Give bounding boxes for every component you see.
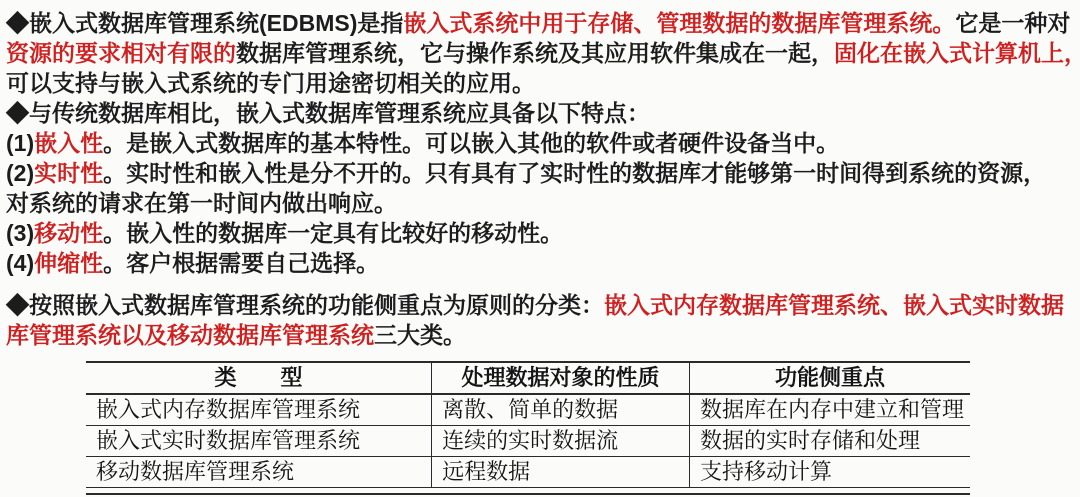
col-header-data-nature: 处理数据对象的性质 [432,362,690,394]
text-line: ◆与传统数据库相比，嵌入式数据库管理系统应具备以下特点： [6,98,1076,128]
text-segment: 可以支持与嵌入式系统的专门用途密切相关的应用。 [6,70,535,96]
text-segment: 对系统的请求在第一时间内做出响应。 [6,190,397,216]
text-segment: (4) [6,250,34,276]
highlighted-text: 实时性 [34,160,103,186]
table-body: 嵌入式内存数据库管理系统离散、简单的数据数据库在内存中建立和管理嵌入式实时数据库… [86,394,970,488]
text-line: 对系统的请求在第一时间内做出响应。 [6,188,1076,218]
document: ◆嵌入式数据库管理系统(EDBMS)是指嵌入式系统中用于存储、管理数据的数据库管… [0,0,1080,495]
text-line: ◆嵌入式数据库管理系统(EDBMS)是指嵌入式系统中用于存储、管理数据的数据库管… [6,8,1076,38]
table-cell: 数据的实时存储和处理 [689,426,970,457]
table-cell: 移动数据库管理系统 [86,457,432,488]
text-segment: (1) [6,130,34,156]
table-row: 移动数据库管理系统远程数据支持移动计算 [86,457,970,488]
col-header-function-focus: 功能侧重点 [689,362,970,394]
table-header-row: 类 型 处理数据对象的性质 功能侧重点 [86,362,970,394]
paragraph-classification: ◆按照嵌入式数据库管理系统的功能侧重点为原则的分类：嵌入式内存数据库管理系统、嵌… [6,290,1076,350]
table-cell: 数据库在内存中建立和管理 [689,394,970,426]
highlighted-text: 移动性 [34,220,103,246]
table-row: 嵌入式内存数据库管理系统离散、简单的数据数据库在内存中建立和管理 [86,394,970,426]
highlighted-text: 嵌入式内存数据库管理系统、嵌入式实时数据 [604,292,1064,318]
text-segment: 。是嵌入式数据库的基本特性。可以嵌入其他的软件或者硬件设备当中。 [103,130,839,156]
text-segment: ◆与传统数据库相比，嵌入式数据库管理系统应具备以下特点： [6,100,650,126]
text-line: 库管理系统以及移动数据库管理系统三大类。 [6,320,1076,350]
table-row: 嵌入式实时数据库管理系统连续的实时数据流数据的实时存储和处理 [86,426,970,457]
table-cell: 支持移动计算 [689,457,970,488]
text-segment: 三大类。 [374,322,466,348]
highlighted-text: 嵌入式系统中用于存储、管理数据的数据库管理系统。 [403,10,955,36]
col-header-type: 类 型 [86,362,432,394]
highlighted-text: 伸缩性 [34,250,103,276]
highlighted-text: 嵌入性 [34,130,103,156]
paragraph-definition: ◆嵌入式数据库管理系统(EDBMS)是指嵌入式系统中用于存储、管理数据的数据库管… [6,8,1076,98]
table-cell: 远程数据 [432,457,690,488]
text-segment: ◆按照嵌入式数据库管理系统的功能侧重点为原则的分类： [6,292,604,318]
text-segment: 。客户根据需要自己选择。 [103,250,379,276]
text-line: (1)嵌入性。是嵌入式数据库的基本特性。可以嵌入其他的软件或者硬件设备当中。 [6,128,1076,158]
highlighted-text: 固化在嵌入式计算机上， [834,40,1080,66]
text-line: 资源的要求相对有限的数据库管理系统，它与操作系统及其应用软件集成在一起，固化在嵌… [6,38,1076,68]
highlighted-text: 库管理系统以及移动数据库管理系统 [6,322,374,348]
text-segment: ◆嵌入式数据库管理系统(EDBMS)是指 [6,10,403,36]
text-segment: 它是一种对 [955,10,1070,36]
text-segment: (2) [6,160,34,186]
text-segment: 。实时性和嵌入性是分不开的。只有具有了实时性的数据库才能够第一时间得到系统的资源… [103,160,1046,186]
classification-table: 类 型 处理数据对象的性质 功能侧重点 嵌入式内存数据库管理系统离散、简单的数据… [86,361,970,488]
table-cell: 离散、简单的数据 [432,394,690,426]
table-cell: 嵌入式内存数据库管理系统 [86,394,432,426]
classification-table-wrapper: 类 型 处理数据对象的性质 功能侧重点 嵌入式内存数据库管理系统离散、简单的数据… [86,361,970,495]
text-segment: 数据库管理系统，它与操作系统及其应用软件集成在一起， [236,40,834,66]
table-cell: 连续的实时数据流 [432,426,690,457]
paragraph-features: ◆与传统数据库相比，嵌入式数据库管理系统应具备以下特点：(1)嵌入性。是嵌入式数… [6,98,1076,278]
text-segment: 。嵌入性的数据库一定具有比较好的移动性。 [103,220,563,246]
table-cell: 嵌入式实时数据库管理系统 [86,426,432,457]
highlighted-text: 资源的要求相对有限的 [6,40,236,66]
text-line: (4)伸缩性。客户根据需要自己选择。 [6,248,1076,278]
text-line: (3)移动性。嵌入性的数据库一定具有比较好的移动性。 [6,218,1076,248]
text-segment: (3) [6,220,34,246]
text-line: (2)实时性。实时性和嵌入性是分不开的。只有具有了实时性的数据库才能够第一时间得… [6,158,1076,188]
text-line: 可以支持与嵌入式系统的专门用途密切相关的应用。 [6,68,1076,98]
text-line: ◆按照嵌入式数据库管理系统的功能侧重点为原则的分类：嵌入式内存数据库管理系统、嵌… [6,290,1076,320]
